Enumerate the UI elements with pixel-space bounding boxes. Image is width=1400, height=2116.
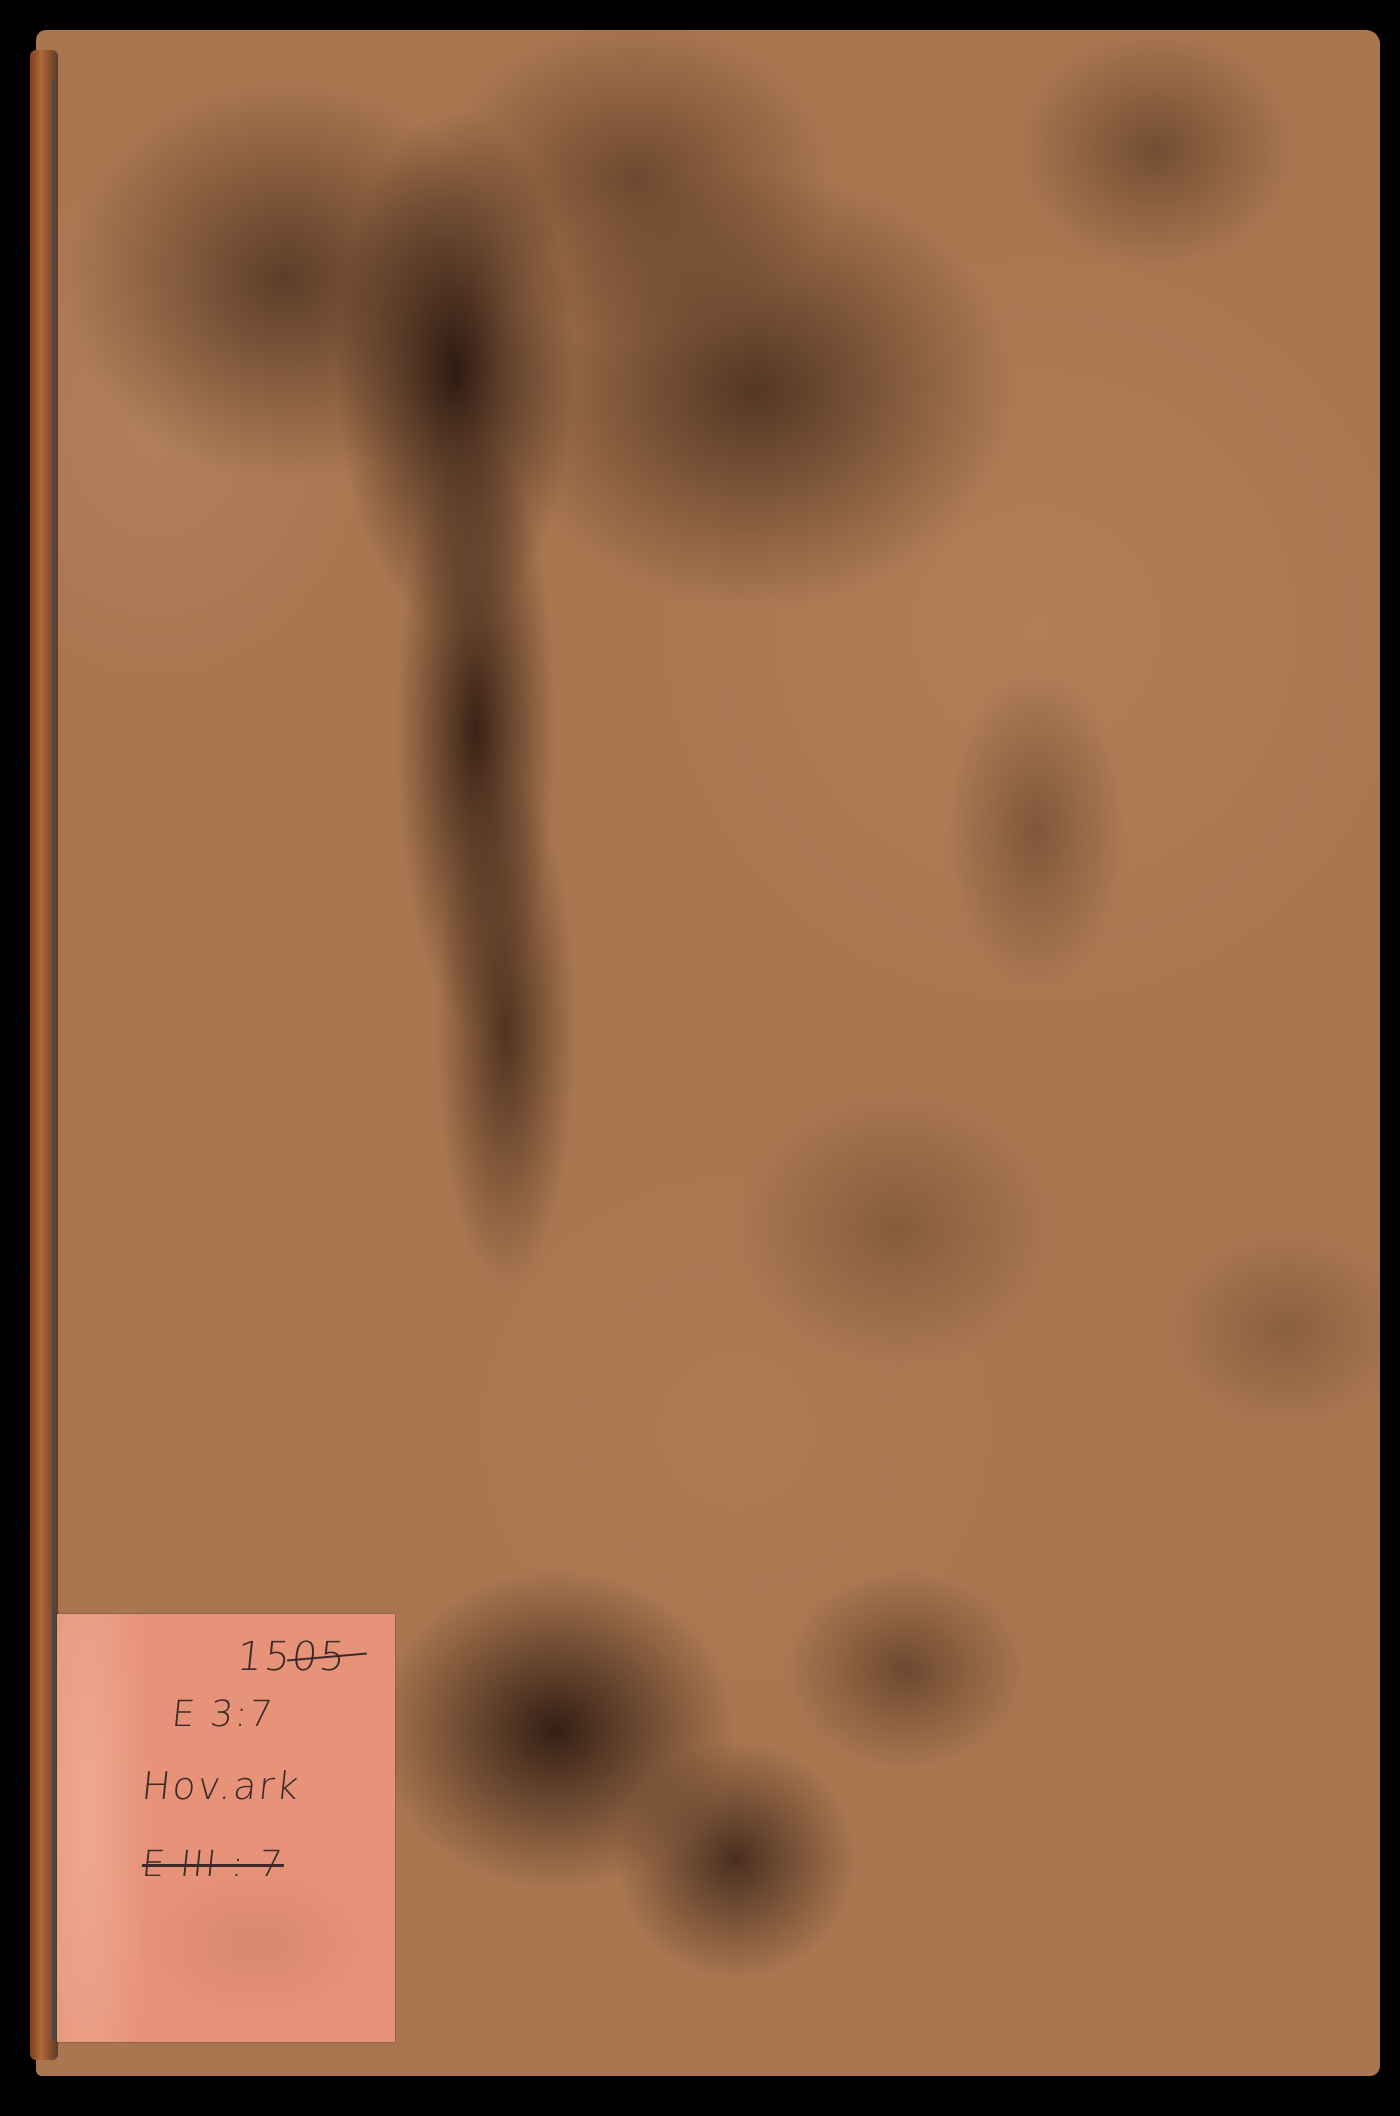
label-line-4-struck: E III : 7 [140,1844,286,1885]
label-line-2: E 3:7 [170,1694,276,1735]
label-line-3: Hov.ark [140,1764,303,1808]
shelf-label: 1505 E 3:7 Hov.ark E III : 7 [57,1614,395,2042]
spine-groove [52,80,55,2040]
